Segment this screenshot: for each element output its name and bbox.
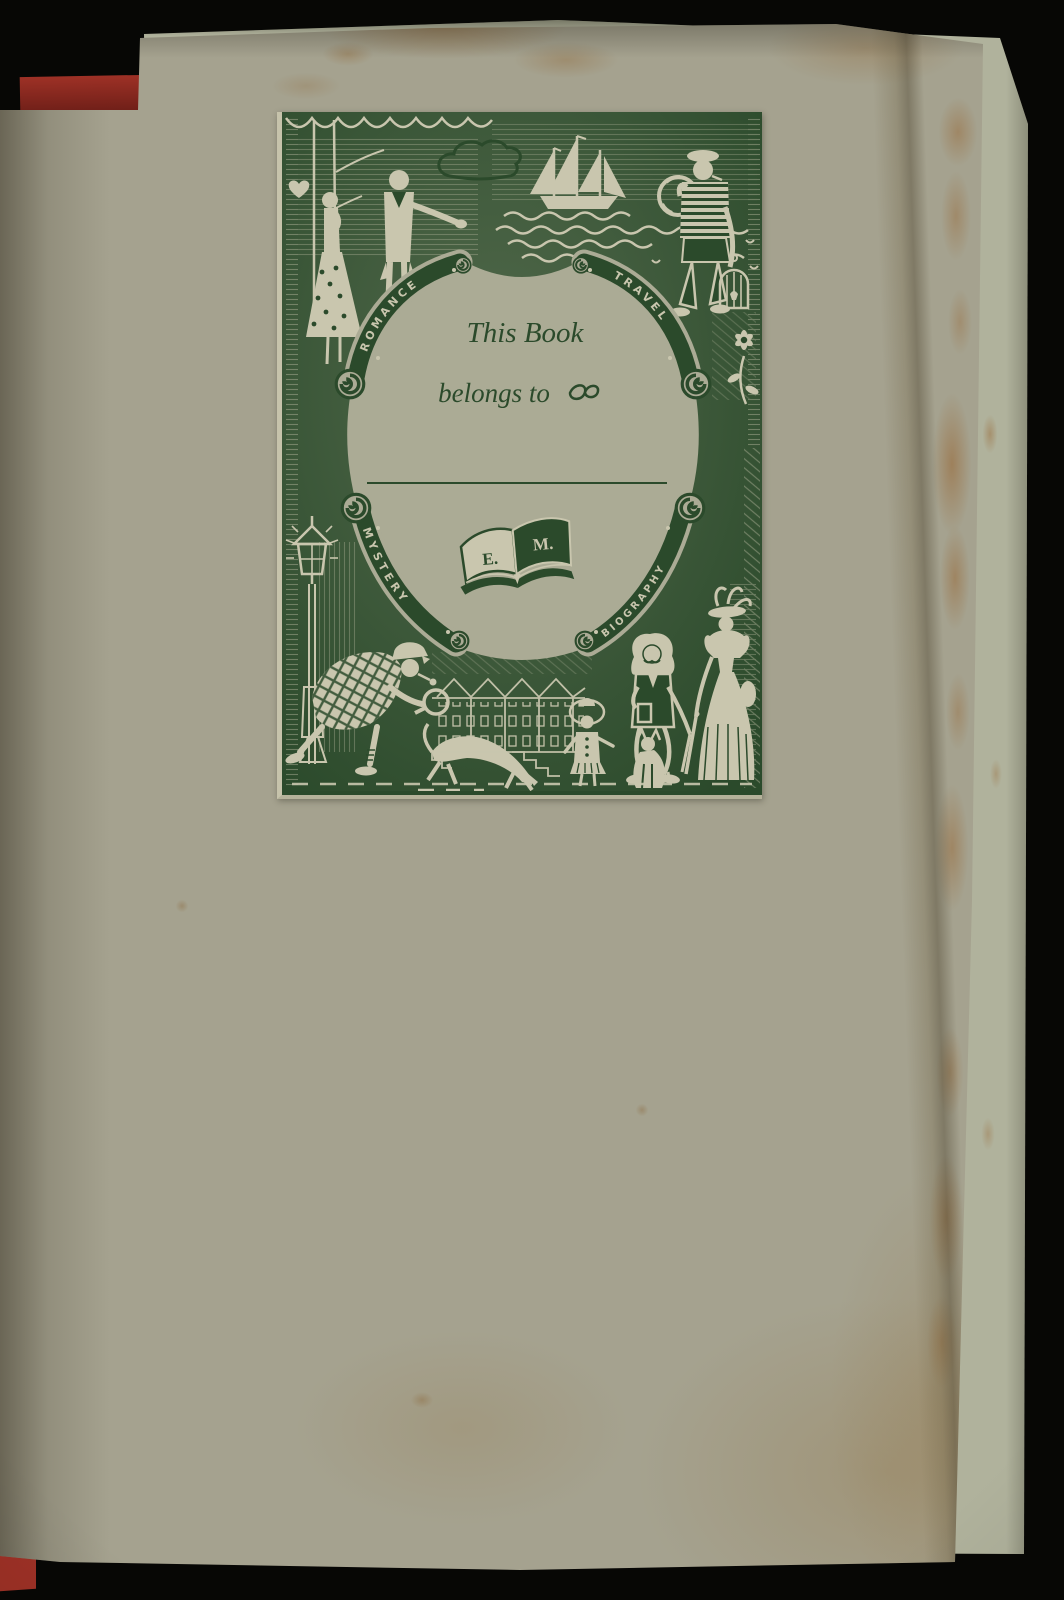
scroll-curl bbox=[576, 632, 595, 651]
scroll-curl bbox=[450, 632, 469, 651]
scroll-curl bbox=[336, 370, 364, 398]
owner-initial-left: E. bbox=[482, 549, 499, 569]
scroll-curl bbox=[342, 494, 370, 522]
owner-initial-right: M. bbox=[532, 534, 554, 555]
book-cover-red-edge-top bbox=[20, 75, 143, 113]
bookplate-heading-line2: belongs to bbox=[438, 378, 550, 408]
bookplate: ROMANCE TRAVEL MYSTERY BIOGRAPHY This Bo… bbox=[277, 112, 762, 799]
scroll-curl bbox=[676, 494, 704, 522]
bookplate-heading-line1: This Book bbox=[467, 317, 585, 349]
book-endpaper-photo: ROMANCE TRAVEL MYSTERY BIOGRAPHY This Bo… bbox=[0, 0, 1064, 1600]
scroll-curl bbox=[455, 257, 470, 272]
scroll-curl bbox=[682, 370, 710, 398]
scroll-curl bbox=[573, 257, 588, 272]
endpaper-page: ROMANCE TRAVEL MYSTERY BIOGRAPHY This Bo… bbox=[0, 0, 1064, 1600]
cartouche: ROMANCE TRAVEL MYSTERY BIOGRAPHY This Bo… bbox=[336, 257, 710, 660]
